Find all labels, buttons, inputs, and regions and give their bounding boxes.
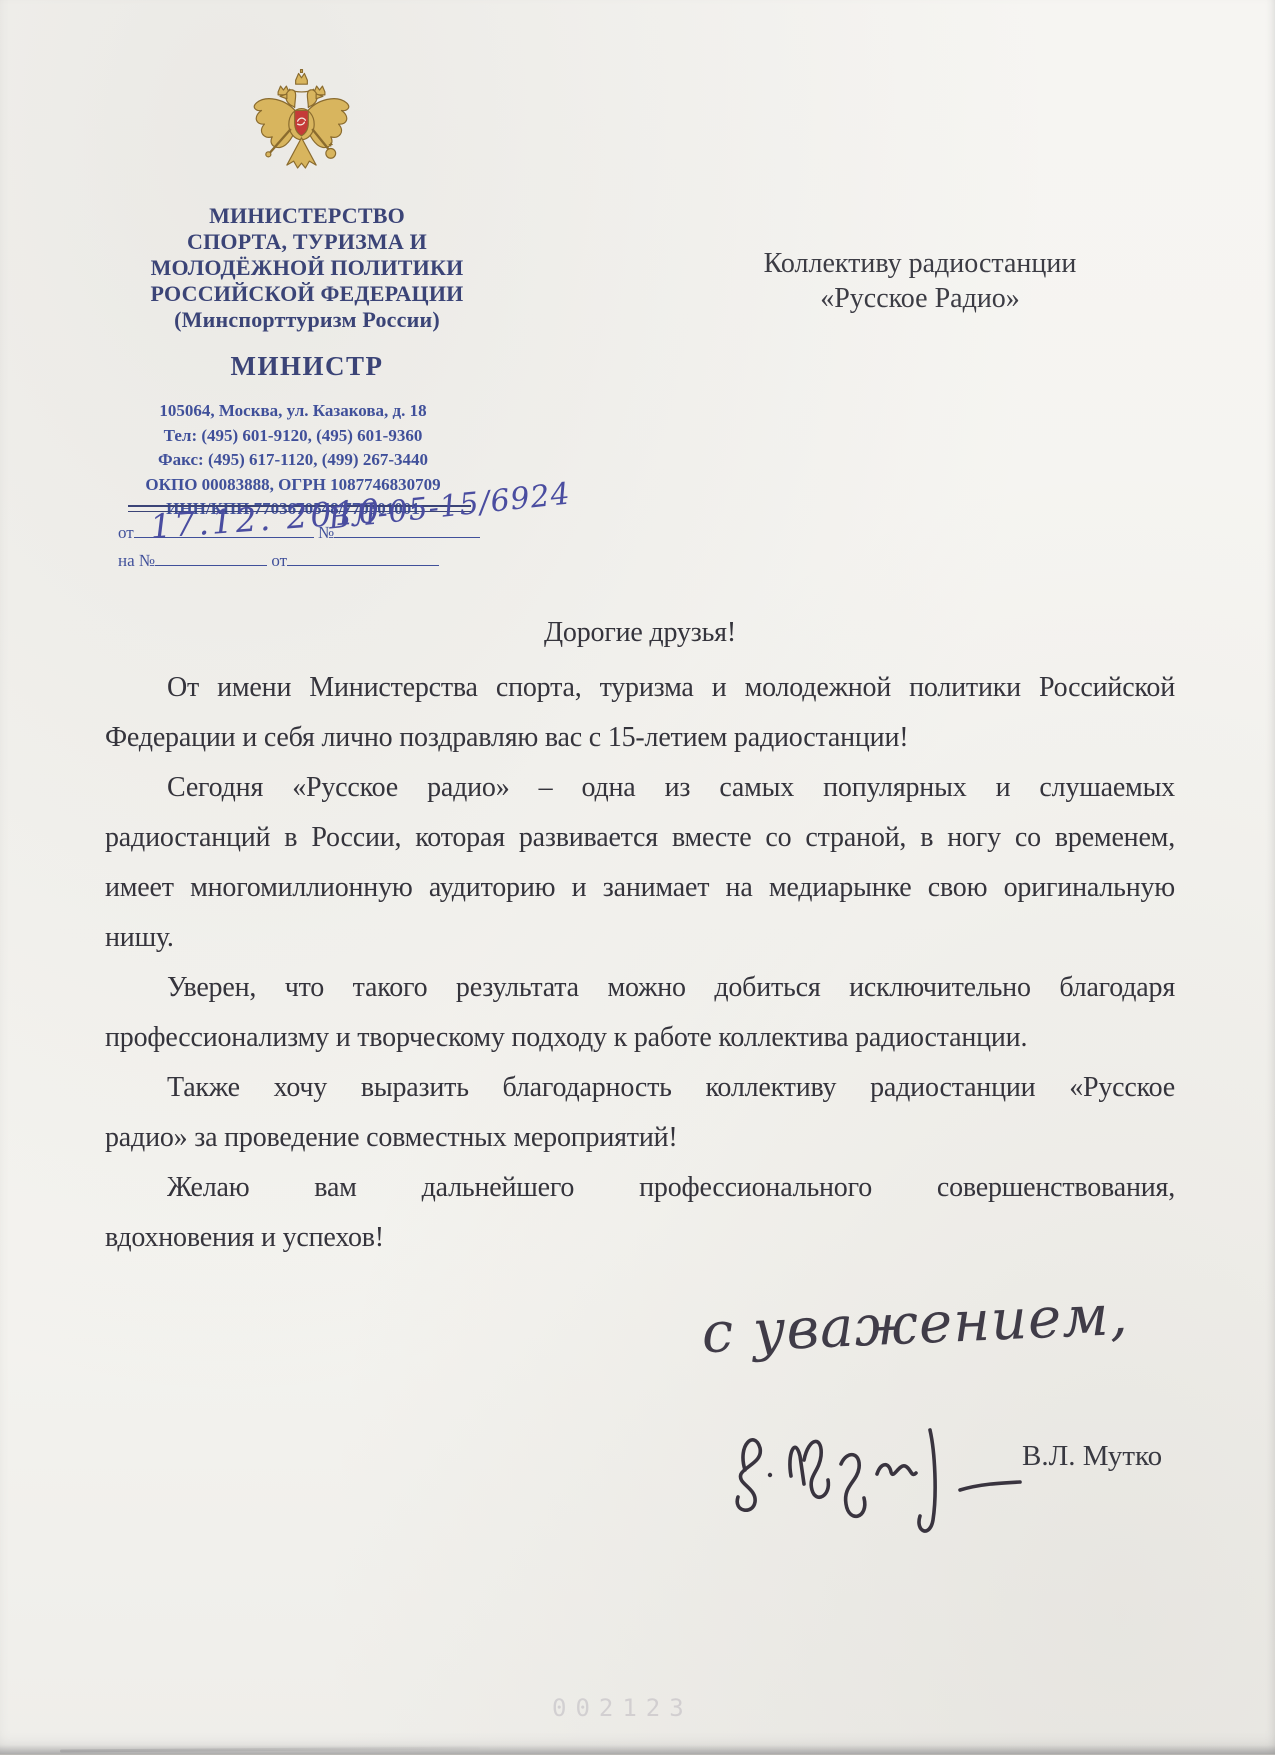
ministry-line: МИНИСТЕРСТВО: [127, 203, 487, 229]
phone-line: Тел: (495) 601-9120, (495) 601-9360: [110, 424, 476, 449]
signer-name: В.Л. Мутко: [1022, 1440, 1162, 1473]
russia-coat-of-arms-emblem: [243, 66, 360, 192]
letter-body: Дорогие друзья! От имени Министерства сп…: [105, 610, 1175, 1263]
scan-smudge: [60, 1747, 480, 1753]
scanned-letter-page: МИНИСТЕРСТВО СПОРТА, ТУРИЗМА И МОЛОДЁЖНО…: [0, 0, 1275, 1755]
ministry-name-block: МИНИСТЕРСТВО СПОРТА, ТУРИЗМА И МОЛОДЁЖНО…: [127, 203, 487, 333]
ministry-line: РОССИЙСКОЙ ФЕДЕРАЦИИ: [127, 281, 487, 307]
body-line: радио» за проведение совместных мероприя…: [105, 1113, 1175, 1163]
recipient-line: Коллективу радиостанции: [748, 246, 1092, 281]
double-headed-eagle-icon: [243, 66, 360, 192]
salutation: Дорогие друзья!: [105, 610, 1175, 663]
reply-number-underline: [155, 551, 267, 566]
ministry-line: СПОРТА, ТУРИЗМА И: [127, 229, 487, 255]
incoming-reference-row: на № от: [118, 551, 518, 573]
body-line: имеет многомиллионную аудиторию и занима…: [105, 863, 1175, 913]
handwritten-closing: с уважением,: [699, 1283, 1131, 1367]
body-line: радиостанций в России, которая развивает…: [105, 813, 1175, 863]
body-line: Также хочу выразить благодарность коллек…: [105, 1063, 1175, 1113]
date-label: от: [118, 523, 134, 543]
ministry-short-name: (Минспорттуризм России): [127, 307, 487, 333]
body-line: Уверен, что такого результата можно доби…: [105, 963, 1175, 1013]
fax-line: Факс: (495) 617-1120, (499) 267-3440: [110, 448, 476, 473]
body-line: нишу.: [105, 913, 1175, 963]
minister-title: МИНИСТР: [127, 351, 487, 382]
postal-address: 105064, Москва, ул. Казакова, д. 18: [110, 399, 476, 424]
body-line: Федерации и себя лично поздравляю вас с …: [105, 713, 1175, 763]
reply-to-number-label: на №: [118, 551, 155, 571]
recipient-line: «Русское Радио»: [748, 281, 1092, 316]
body-line: профессионализму и творческому подходу к…: [105, 1013, 1175, 1063]
body-line: Желаю вам дальнейшего профессионального …: [105, 1163, 1175, 1213]
reply-date-underline: [287, 551, 439, 566]
signature-scrawl: [715, 1412, 1055, 1557]
ministry-line: МОЛОДЁЖНОЙ ПОЛИТИКИ: [127, 255, 487, 281]
bleed-through-digits: 002123: [552, 1694, 693, 1722]
body-line: Сегодня «Русское радио» – одна из самых …: [105, 763, 1175, 813]
reply-to-date-label: от: [271, 551, 287, 571]
body-line: От имени Министерства спорта, туризма и …: [105, 663, 1175, 713]
recipient-block: Коллективу радиостанции «Русское Радио»: [748, 246, 1092, 316]
body-line: вдохновения и успехов!: [105, 1213, 1175, 1263]
